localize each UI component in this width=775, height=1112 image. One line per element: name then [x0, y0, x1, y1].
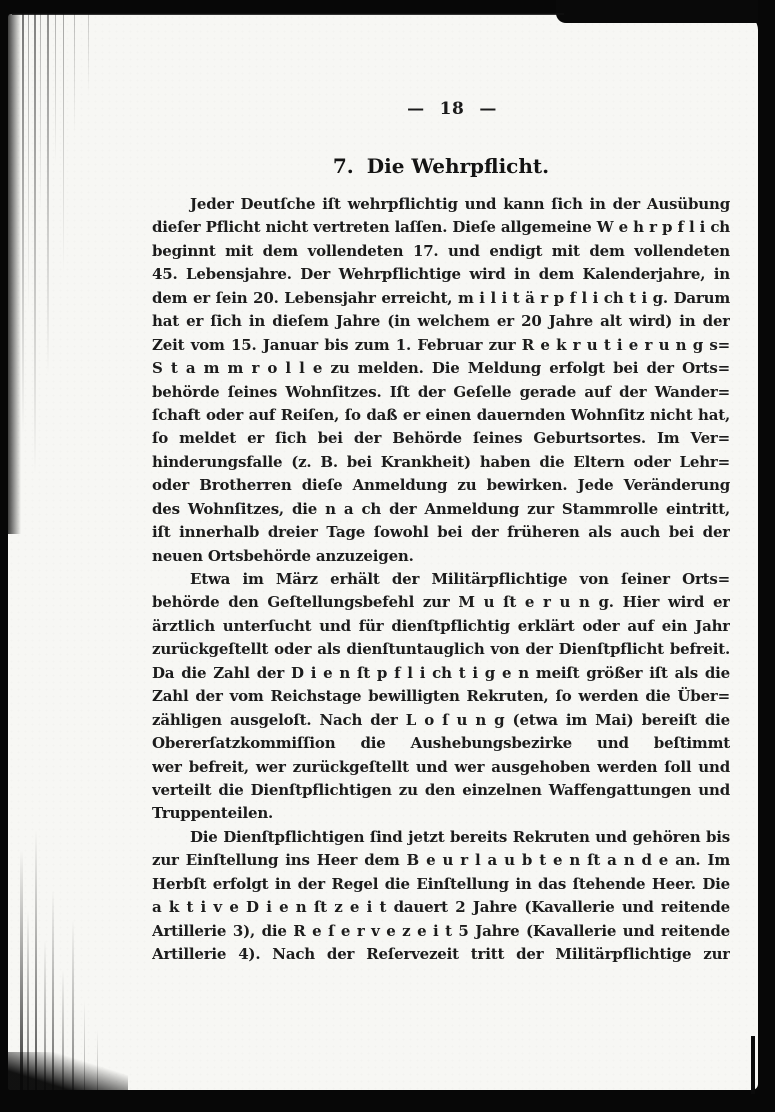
header-dash-right: — — [479, 99, 497, 119]
header-dash-left: — — [407, 99, 425, 119]
text-line: Zahl der vom Reichstage bewilligten Rekr… — [152, 685, 730, 708]
section-title: 7.Die Wehrpflicht. — [152, 154, 730, 178]
text-line: Zeit vom 15. Januar bis zum 1. Februar z… — [152, 334, 730, 357]
section-number: 7. — [333, 154, 354, 178]
text-line: iſt innerhalb dreier Tage ſowohl bei der… — [152, 521, 730, 544]
text-line: hat er ſich in dieſem Jahre (in welchem … — [152, 310, 730, 333]
section-title-text: Die Wehrpflicht. — [367, 154, 549, 178]
paragraph: Jeder Deutſche iſt wehrpflichtig und kan… — [152, 193, 730, 568]
text-line: S t a m m r o l l e zu melden. Die Meldu… — [152, 357, 730, 380]
text-line: ſo meldet er ſich bei der Behörde ſeines… — [152, 427, 730, 450]
text-line: zur Einſtellung ins Heer dem B e u r l a… — [152, 849, 730, 872]
text-line: Artillerie 4). Nach der Reſervezeit trit… — [152, 943, 730, 966]
text-line: Etwa im März erhält der Militärpflichtig… — [152, 568, 730, 591]
text-line: Herbſt erfolgt in der Regel die Einſtell… — [152, 873, 730, 896]
text-line: beginnt mit dem vollendeten 17. und endi… — [152, 240, 730, 263]
text-body: Jeder Deutſche iſt wehrpflichtig und kan… — [152, 193, 730, 966]
text-line: wer befreit, wer zurückgeſtellt und wer … — [152, 756, 730, 779]
text-line: 45. Lebensjahre. Der Wehrpflichtige wird… — [152, 263, 730, 286]
text-line: a k t i v e D i e n ſt z e i t dauert 2 … — [152, 896, 730, 919]
text-line: Da die Zahl der D i e n ſt p f l i ch t … — [152, 662, 730, 685]
text-line: ärztlich unterſucht und für dienſtpflich… — [152, 615, 730, 638]
text-line: Artillerie 3), die R e ſ e r v e z e i t… — [152, 920, 730, 943]
text-line: Truppenteilen. — [152, 802, 730, 825]
text-line: zähligen ausgeloſt. Nach der L o ſ u n g… — [152, 709, 730, 732]
text-line: Jeder Deutſche iſt wehrpflichtig und kan… — [152, 193, 730, 216]
paragraph: Die Dienſtpflichtigen ſind jetzt bereits… — [152, 826, 730, 967]
text-line: behörde ſeines Wohnſitzes. Iſt der Geſel… — [152, 381, 730, 404]
text-line: hinderungsfalle (z. B. bei Krankheit) ha… — [152, 451, 730, 474]
text-line: oder Brotherren dieſe Anmeldung zu bewir… — [152, 474, 730, 497]
text-line: behörde den Geſtellungsbefehl zur M u ſt… — [152, 591, 730, 614]
text-line: verteilt die Dienſtpflichtigen zu den ei… — [152, 779, 730, 802]
page-number: 18 — [440, 99, 465, 119]
text-line: ſchaft oder auf Reiſen, ſo daß er einen … — [152, 404, 730, 427]
text-line: zurückgeſtellt oder als dienſtuntauglich… — [152, 638, 730, 661]
paragraph: Etwa im März erhält der Militärpflichtig… — [152, 568, 730, 826]
text-line: dieſer Pflicht nicht vertreten laſſen. D… — [152, 216, 730, 239]
text-line: neuen Ortsbehörde anzuzeigen. — [152, 545, 730, 568]
text-line: dem er ſein 20. Lebensjahr erreicht, m i… — [152, 287, 730, 310]
text-line: des Wohnſitzes, die n a ch der Anmeldung… — [152, 498, 730, 521]
text-line: Die Dienſtpflichtigen ſind jetzt bereits… — [152, 826, 730, 849]
page-header: —18— — [163, 99, 741, 119]
text-line: Obererſatzkommiſſion die Aushebungsbezir… — [152, 732, 730, 755]
